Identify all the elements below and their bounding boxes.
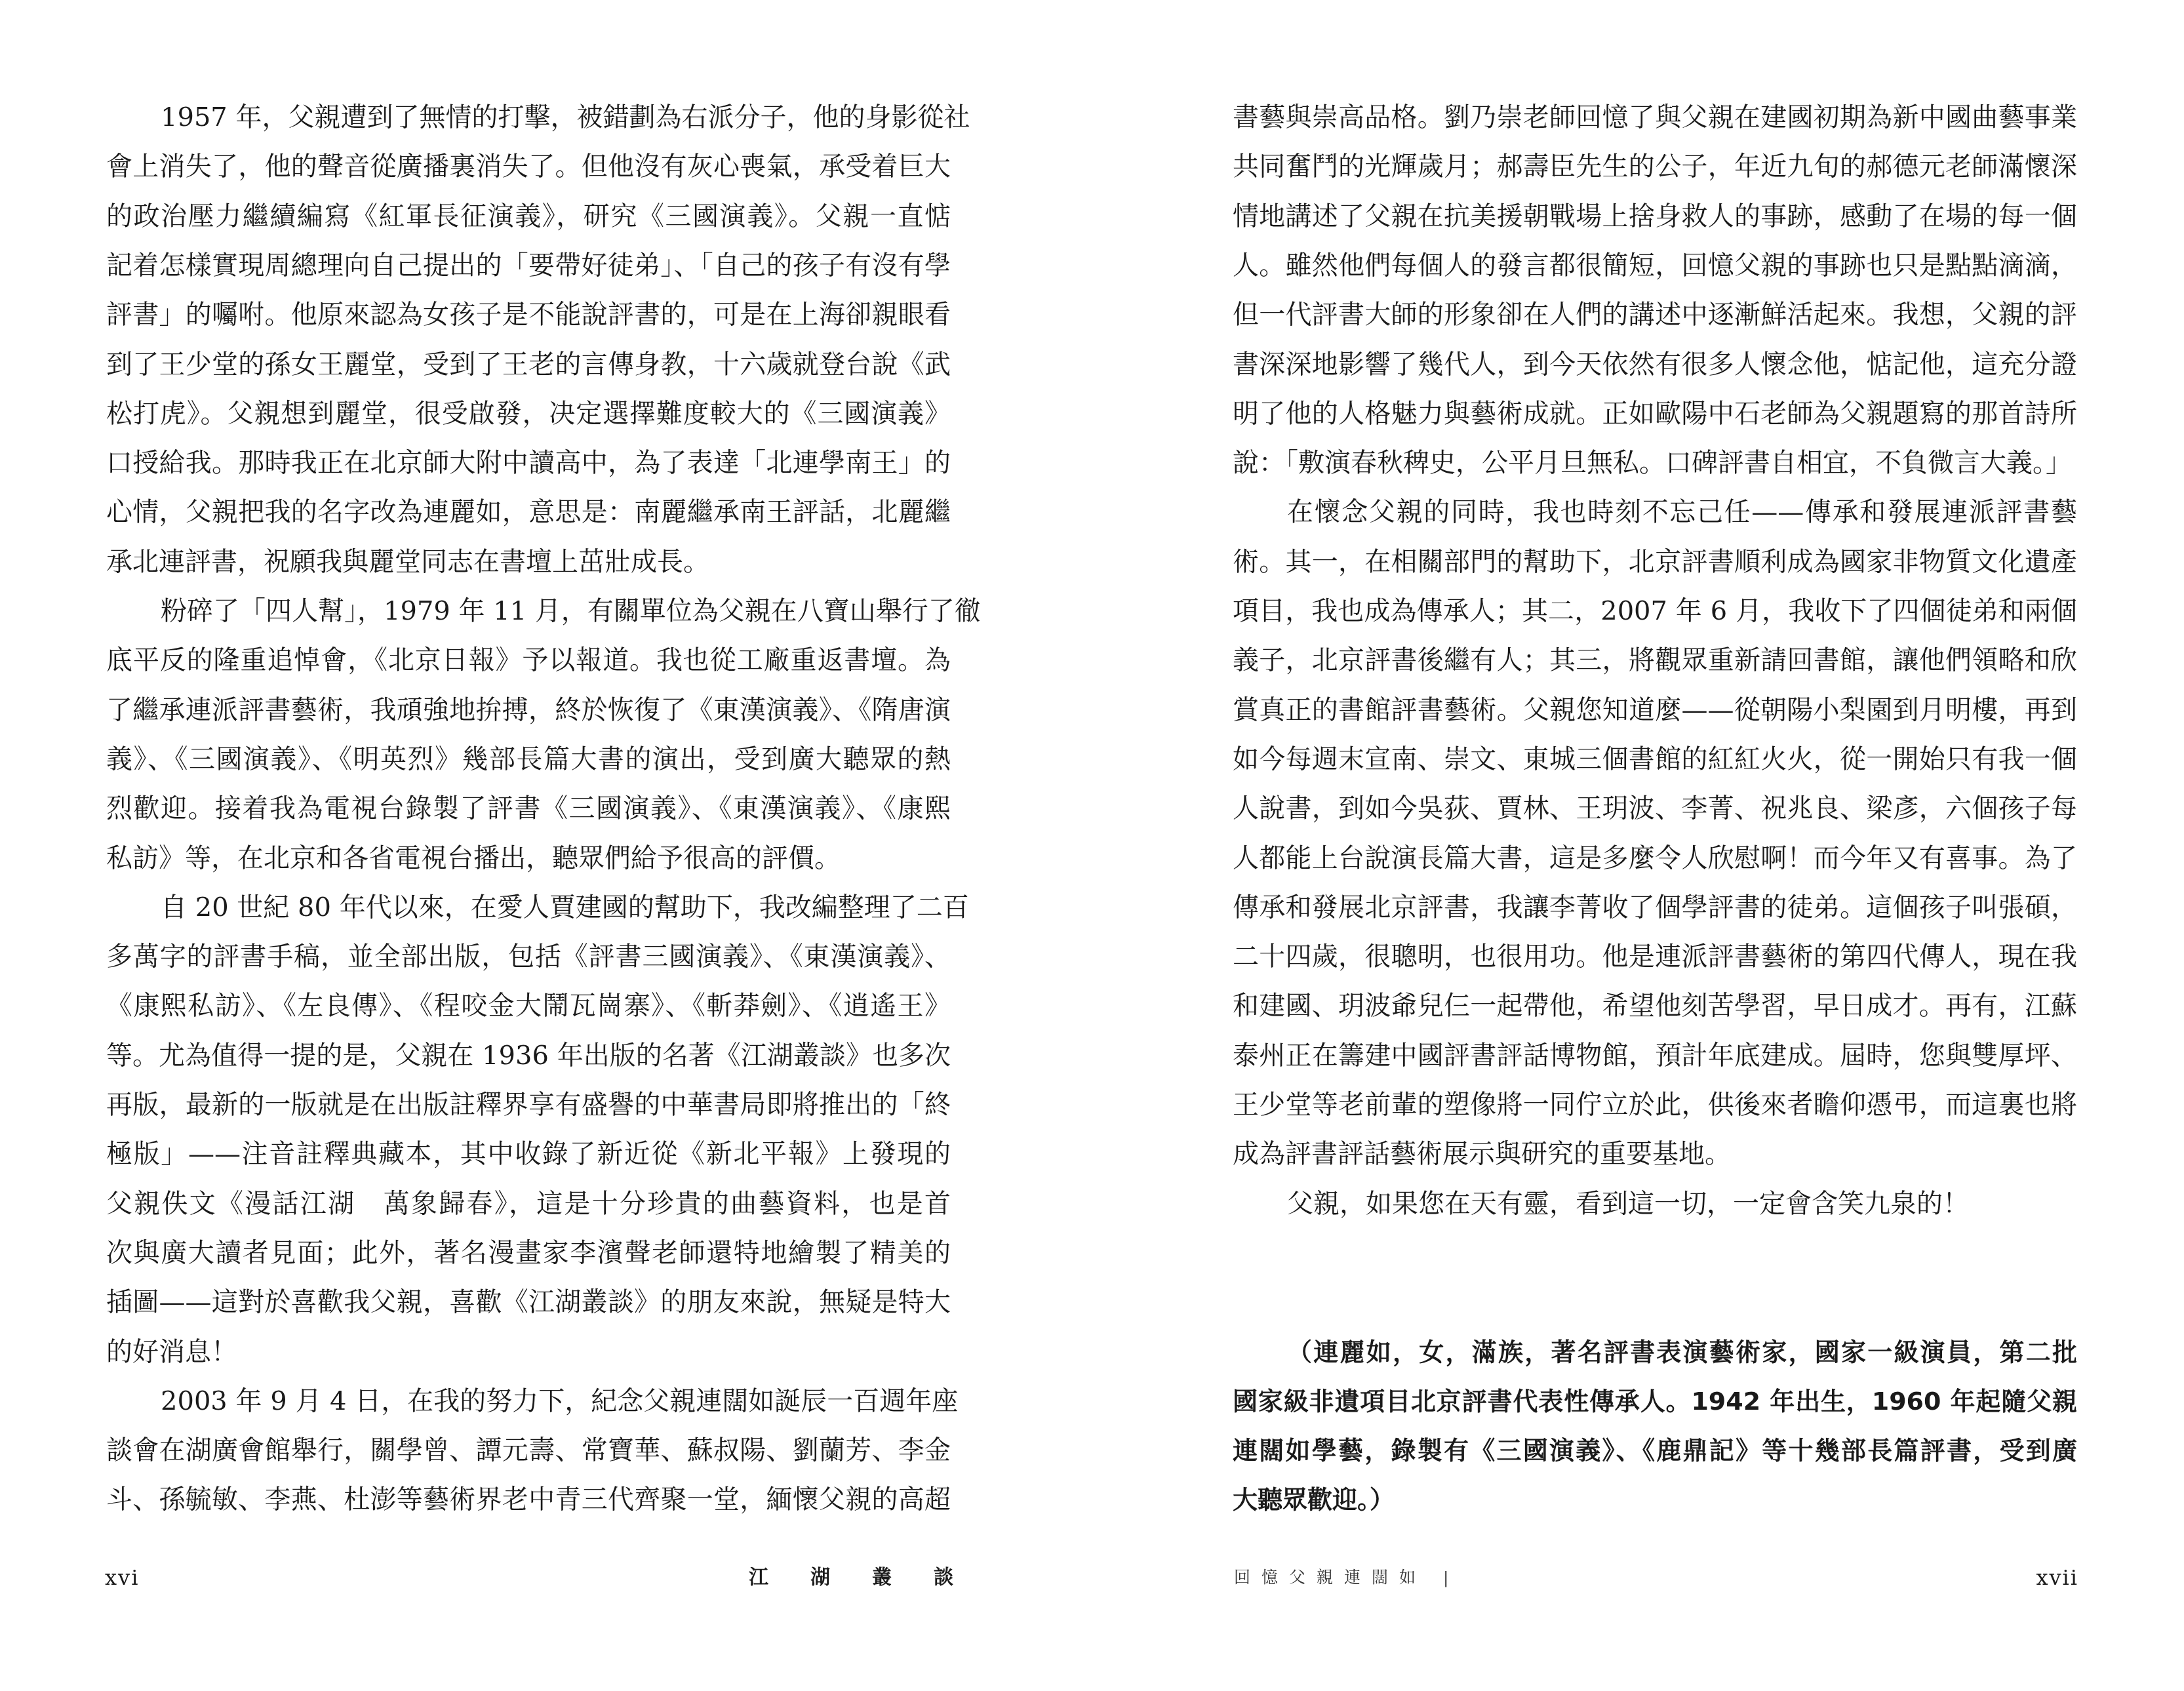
text-line: 義子，北京評書後繼有人；其三，將觀眾重新請回書館，讓他們領略和欣 (1233, 645, 2077, 676)
text-line: 在懷念父親的同時，我也時刻不忘己任——傳承和發展連派評書藝 (1233, 496, 2077, 528)
text-line: 義》、《三國演義》、《明英烈》幾部長篇大書的演出，受到廣大聽眾的熱 (106, 744, 951, 775)
text-line: 2003 年 9 月 4 日，在我的努力下，紀念父親連闊如誕辰一百週年座 (106, 1385, 951, 1417)
right-page: 書藝與崇高品格。劉乃崇老師回憶了與父親在建國初期為新中國曲藝事業共同奮鬥的光輝歲… (1092, 0, 2184, 1691)
page-number-left: xvi (105, 1566, 139, 1589)
text-line: 自 20 世紀 80 年代以來，在愛人賈建國的幫助下，我改編整理了二百 (106, 892, 951, 923)
text-line: 談會在湖廣會館舉行，關學曾、譚元壽、常寶華、蘇叔陽、劉蘭芳、李金 (106, 1435, 951, 1466)
text-line: 了繼承連派評書藝術，我頑強地拚搏，終於恢復了《東漢演義》、《隋唐演 (106, 694, 951, 726)
text-line: 和建國、玥波爺兒仨一起帶他，希望他刻苦學習，早日成才。再有，江蘇 (1233, 990, 2077, 1022)
text-line: 1957 年，父親遭到了無情的打擊，被錯劃為右派分子，他的身影從社 (106, 102, 951, 133)
text-line: 《康熙私訪》、《左良傳》、《程咬金大鬧瓦崗寨》、《斬莽劍》、《逍遙王》 (106, 990, 951, 1022)
text-line: 底平反的隆重追悼會，《北京日報》予以報道。我也從工廠重返書壇。為 (106, 645, 951, 676)
text-line: 明了他的人格魅力與藝術成就。正如歐陽中石老師為父親題寫的那首詩所 (1233, 398, 2077, 429)
text-line: 再版，最新的一版就是在出版註釋界享有盛譽的中華書局即將推出的「終 (106, 1089, 951, 1121)
text-line: 的好消息！ (106, 1336, 951, 1368)
text-line: 但一代評書大師的形象卻在人們的講述中逐漸鮮活起來。我想，父親的評 (1233, 299, 2077, 330)
text-line: 的政治壓力繼續編寫《紅軍長征演義》，研究《三國演義》。父親一直惦 (106, 201, 951, 232)
left-page: 1957 年，父親遭到了無情的打擊，被錯劃為右派分子，他的身影從社會上消失了，他… (0, 0, 1092, 1691)
text-line: 說：「敷演春秋稗史，公平月旦無私。口碑評書自相宜，不負微言大義。」 (1233, 447, 2077, 479)
text-line: 成為評書評話藝術展示與研究的重要基地。 (1233, 1138, 2077, 1170)
bio-line: 國家級非遺項目北京評書代表性傳承人。1942 年出生，1960 年起隨父親 (1233, 1385, 2077, 1417)
text-line: 書深深地影響了幾代人，到今天依然有很多人懷念他，惦記他，這充分證 (1233, 349, 2077, 380)
text-line: 父親，如果您在天有靈，看到這一切，一定會含笑九泉的！ (1233, 1188, 2077, 1220)
text-line: 情地講述了父親在抗美援朝戰場上捨身救人的事跡，感動了在場的每一個 (1233, 201, 2077, 232)
text-line: 心情，父親把我的名字改為連麗如，意思是：南麗繼承南王評話，北麗繼 (106, 496, 951, 528)
text-line: 等。尤為值得一提的是，父親在 1936 年出版的名著《江湖叢談》也多次 (106, 1040, 951, 1071)
text-line: 私訪》等，在北京和各省電視台播出，聽眾們給予很高的評價。 (106, 843, 951, 874)
text-line: 王少堂等老前輩的塑像將一同佇立於此，供後來者瞻仰憑弔，而這裏也將 (1233, 1089, 2077, 1121)
text-line: 人都能上台說演長篇大書，這是多麼令人欣慰啊！而今年又有喜事。為了 (1233, 843, 2077, 874)
text-line: 會上消失了，他的聲音從廣播裏消失了。但他沒有灰心喪氣，承受着巨大 (106, 151, 951, 182)
text-line: 插圖——這對於喜歡我父親，喜歡《江湖叢談》的朋友來說，無疑是特大 (106, 1286, 951, 1318)
text-line: 二十四歲，很聰明，也很用功。他是連派評書藝術的第四代傳人，現在我 (1233, 941, 2077, 972)
text-line: 父親佚文《漫話江湖 萬象歸春》，這是十分珍貴的曲藝資料，也是首 (106, 1188, 951, 1220)
text-line: 次與廣大讀者見面；此外，著名漫畫家李濱聲老師還特地繪製了精美的 (106, 1237, 951, 1269)
running-title-chapter: 回憶父親連闊如 | (1234, 1566, 1459, 1589)
text-line: 人。雖然他們每個人的發言都很簡短，回憶父親的事跡也只是點點滴滴， (1233, 250, 2077, 281)
text-line: 多萬字的評書手稿，並全部出版，包括《評書三國演義》、《東漢演義》、 (106, 941, 951, 972)
text-line: 承北連評書，祝願我與麗堂同志在書壇上茁壯成長。 (106, 546, 951, 578)
text-line: 松打虎》。父親想到麗堂，很受啟發，决定選擇難度較大的《三國演義》 (106, 398, 951, 429)
bio-line: 大聽眾歡迎。） (1233, 1484, 2077, 1515)
page-number-right: xvii (2036, 1566, 2078, 1589)
text-line: 術。其一，在相關部門的幫助下，北京評書順利成為國家非物質文化遺產 (1233, 546, 2077, 578)
text-line: 口授給我。那時我正在北京師大附中讀高中，為了表達「北連學南王」的 (106, 447, 951, 479)
running-title-book: 江湖叢談 (749, 1566, 953, 1589)
text-line: 烈歡迎。接着我為電視台錄製了評書《三國演義》、《東漢演義》、《康熙 (106, 793, 951, 824)
bio-line: （連麗如，女，滿族，著名評書表演藝術家，國家一級演員，第二批 (1233, 1336, 2077, 1368)
bio-line: 連闊如學藝，錄製有《三國演義》、《鹿鼎記》等十幾部長篇評書，受到廣 (1233, 1435, 2077, 1466)
text-line: 評書」的囑咐。他原來認為女孩子是不能說評書的，可是在上海卻親眼看 (106, 299, 951, 330)
text-line: 極版」——注音註釋典藏本，其中收錄了新近從《新北平報》上發現的 (106, 1138, 951, 1170)
text-line: 項目，我也成為傳承人；其二，2007 年 6 月，我收下了四個徒弟和兩個 (1233, 595, 2077, 627)
text-line: 如今每週末宣南、崇文、東城三個書館的紅紅火火，從一開始只有我一個 (1233, 744, 2077, 775)
text-line: 到了王少堂的孫女王麗堂，受到了王老的言傳身教，十六歲就登台說《武 (106, 349, 951, 380)
text-line: 傳承和發展北京評書，我讓李菁收了個學評書的徒弟。這個孩子叫張碩， (1233, 892, 2077, 923)
text-line: 書藝與崇高品格。劉乃崇老師回憶了與父親在建國初期為新中國曲藝事業 (1233, 102, 2077, 133)
text-line: 斗、孫毓敏、李燕、杜澎等藝術界老中青三代齊聚一堂，緬懷父親的高超 (106, 1484, 951, 1515)
text-line: 記着怎樣實現周總理向自己提出的「要帶好徒弟」、「自己的孩子有沒有學 (106, 250, 951, 281)
text-line: 人說書，到如今吳荻、賈林、王玥波、李菁、祝兆良、梁彥，六個孩子每 (1233, 793, 2077, 824)
text-line: 賞真正的書館評書藝術。父親您知道麼——從朝陽小梨園到月明樓，再到 (1233, 694, 2077, 726)
text-line: 粉碎了「四人幫」，1979 年 11 月，有關單位為父親在八寶山舉行了徹 (106, 595, 951, 627)
text-line: 共同奮鬥的光輝歲月；郝壽臣先生的公子，年近九旬的郝德元老師滿懷深 (1233, 151, 2077, 182)
text-line: 泰州正在籌建中國評書評話博物館，預計年底建成。屆時，您與雙厚坪、 (1233, 1040, 2077, 1071)
